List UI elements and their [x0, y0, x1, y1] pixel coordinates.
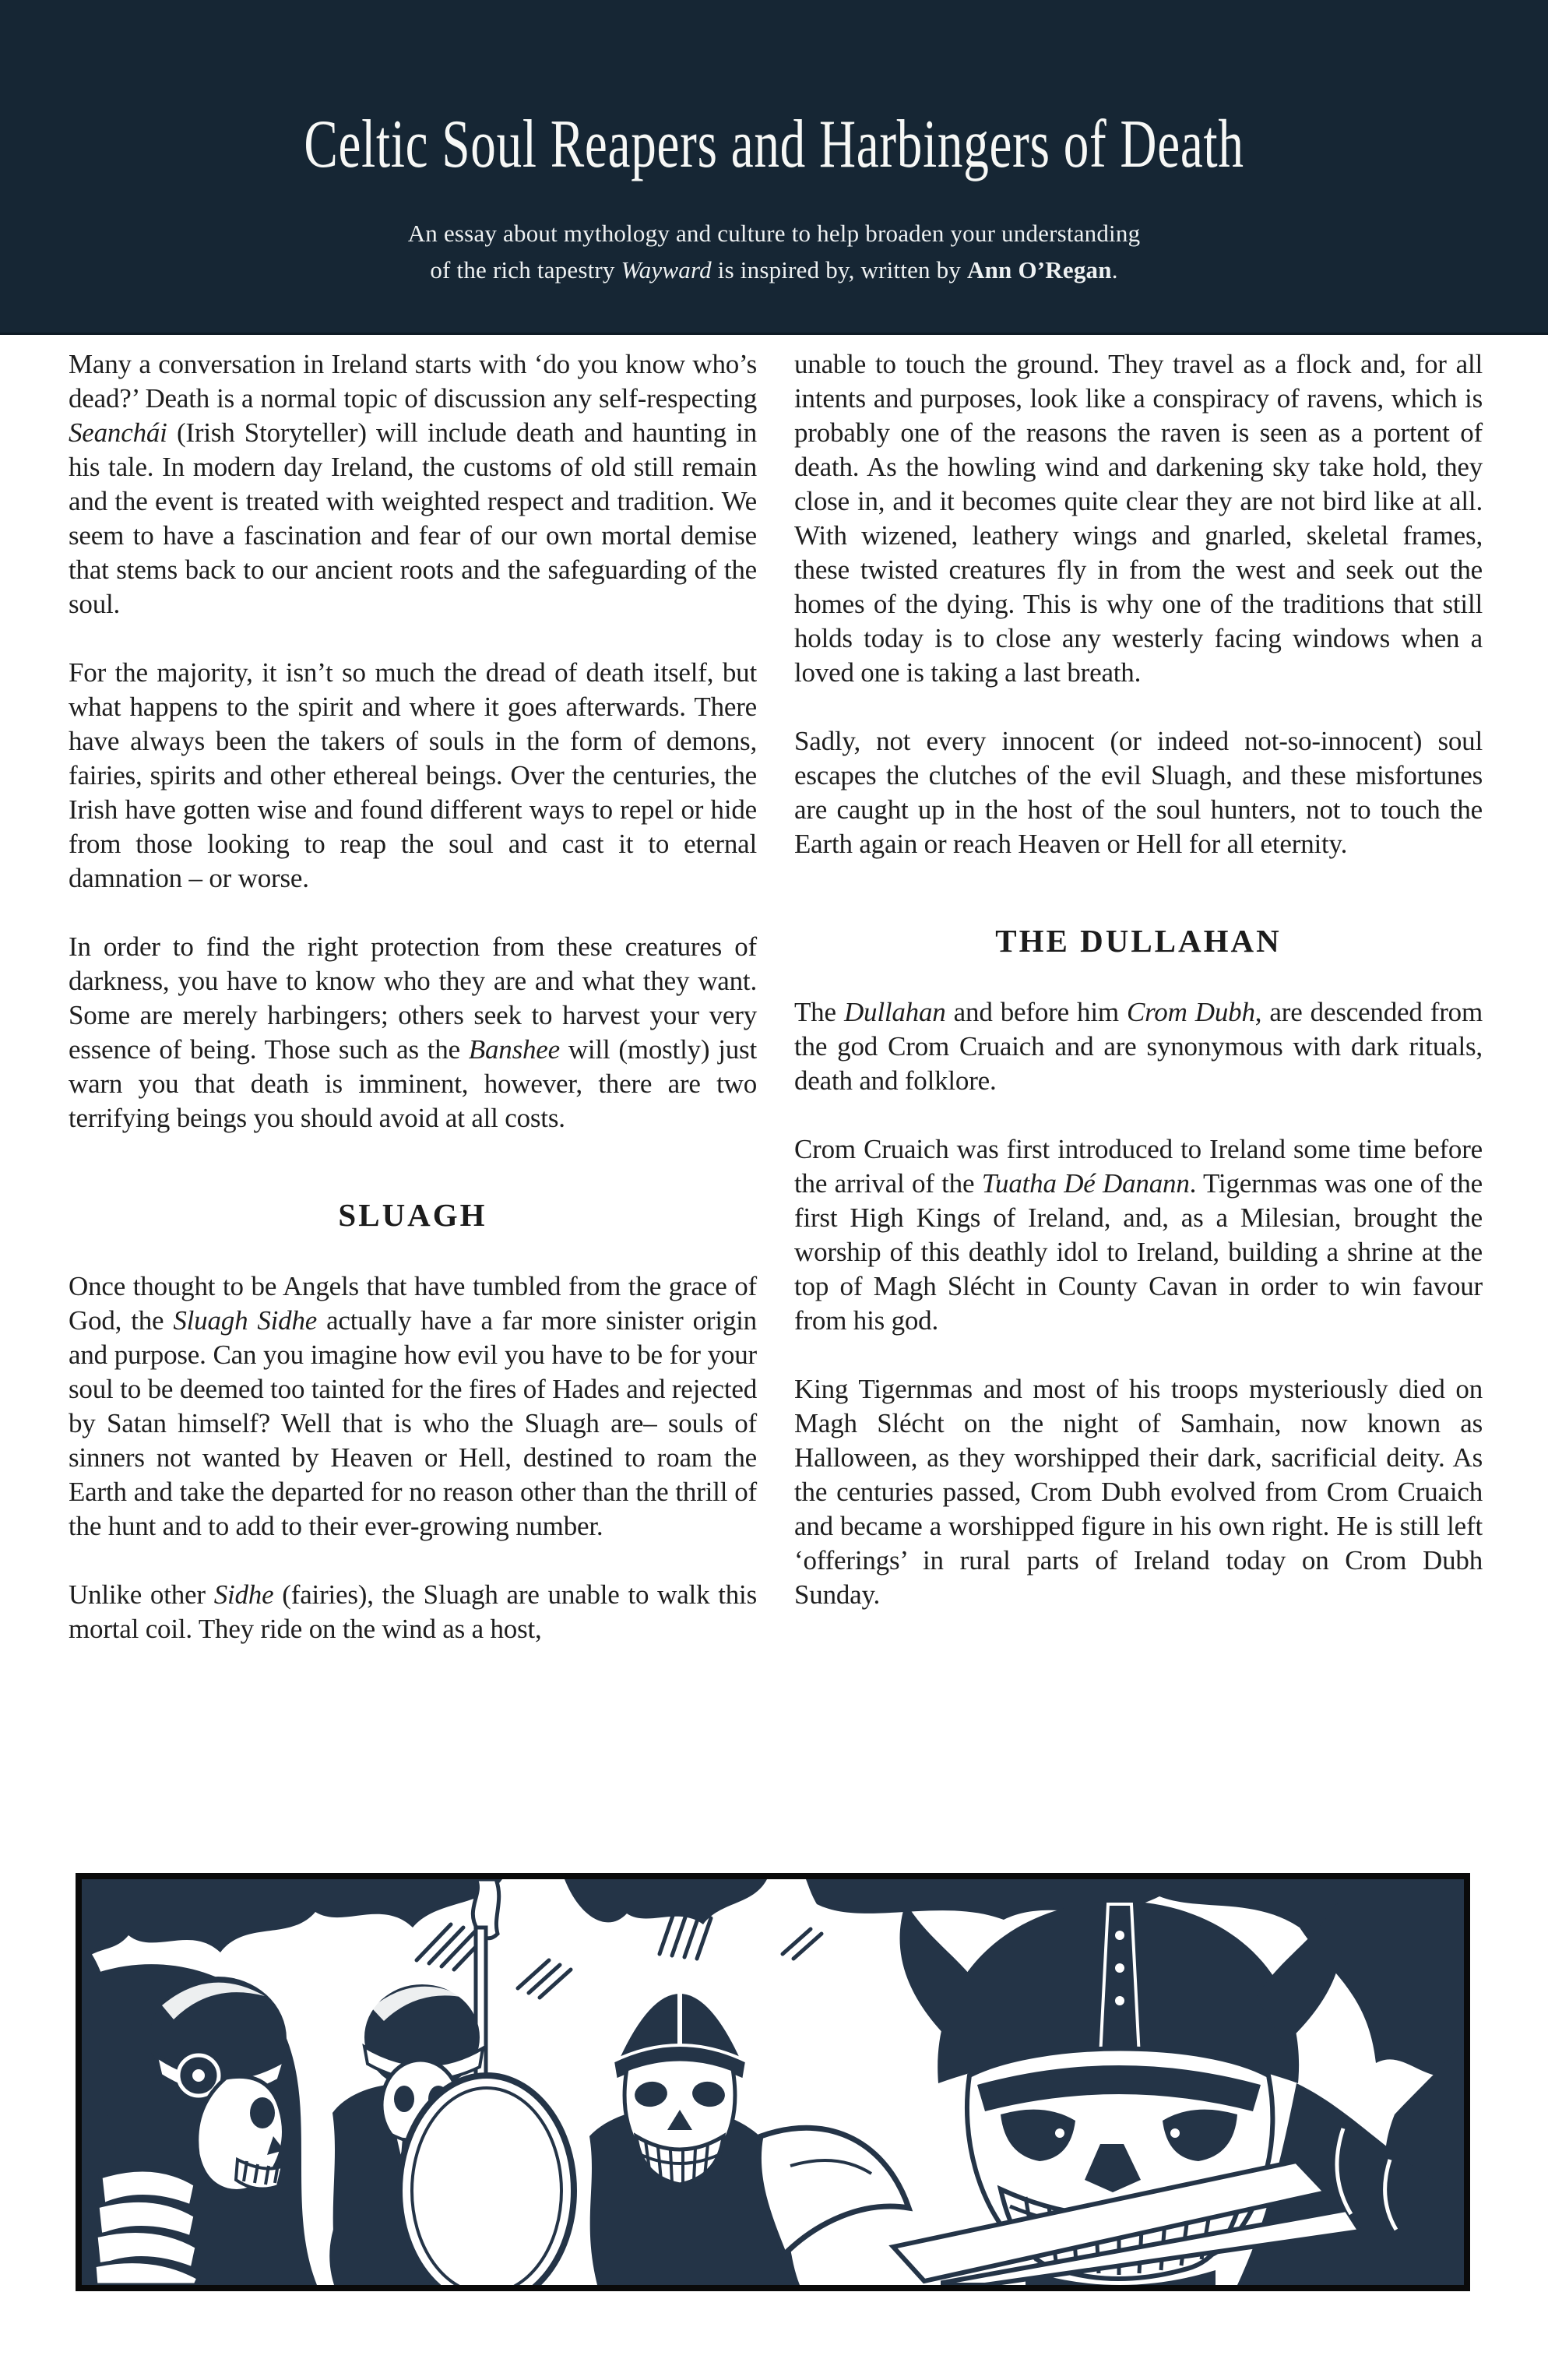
- subtitle-line-1: An essay about mythology and culture to …: [0, 215, 1548, 252]
- paragraph: unable to touch the ground. They travel …: [794, 347, 1483, 690]
- paragraph: Many a conversation in Ireland starts wi…: [69, 347, 757, 621]
- page-title: Celtic Soul Reapers and Harbingers of De…: [201, 0, 1346, 179]
- column-right: unable to touch the ground. They travel …: [794, 347, 1483, 1873]
- page-header: Celtic Soul Reapers and Harbingers of De…: [0, 0, 1548, 335]
- subtitle-line-2: of the rich tapestry Wayward is inspired…: [0, 252, 1548, 288]
- skeleton-warriors-drawing: [82, 1879, 1464, 2285]
- paragraph: Crom Cruaich was first introduced to Ire…: [794, 1132, 1483, 1338]
- paragraph: The Dullahan and before him Crom Dubh, a…: [794, 995, 1483, 1098]
- section-heading: SLUAGH: [69, 1198, 757, 1232]
- column-left: Many a conversation in Ireland starts wi…: [69, 347, 757, 1873]
- paragraph: Sadly, not every innocent (or indeed not…: [794, 724, 1483, 861]
- paragraph: In order to find the right protection fr…: [69, 930, 757, 1135]
- paragraph: Once thought to be Angels that have tumb…: [69, 1269, 757, 1544]
- essay-page: { "colors": { "header_bg": "#162634", "i…: [0, 0, 1548, 2380]
- paragraph: King Tigernmas and most of his troops my…: [794, 1372, 1483, 1612]
- paragraph: For the majority, it isn’t so much the d…: [69, 656, 757, 896]
- page-subtitle: An essay about mythology and culture to …: [0, 215, 1548, 288]
- sluagh-illustration: [76, 1873, 1470, 2291]
- paragraph: Unlike other Sidhe (fairies), the Sluagh…: [69, 1578, 757, 1646]
- essay-body: Many a conversation in Ireland starts wi…: [0, 335, 1548, 1873]
- section-heading: THE DULLAHAN: [794, 924, 1483, 958]
